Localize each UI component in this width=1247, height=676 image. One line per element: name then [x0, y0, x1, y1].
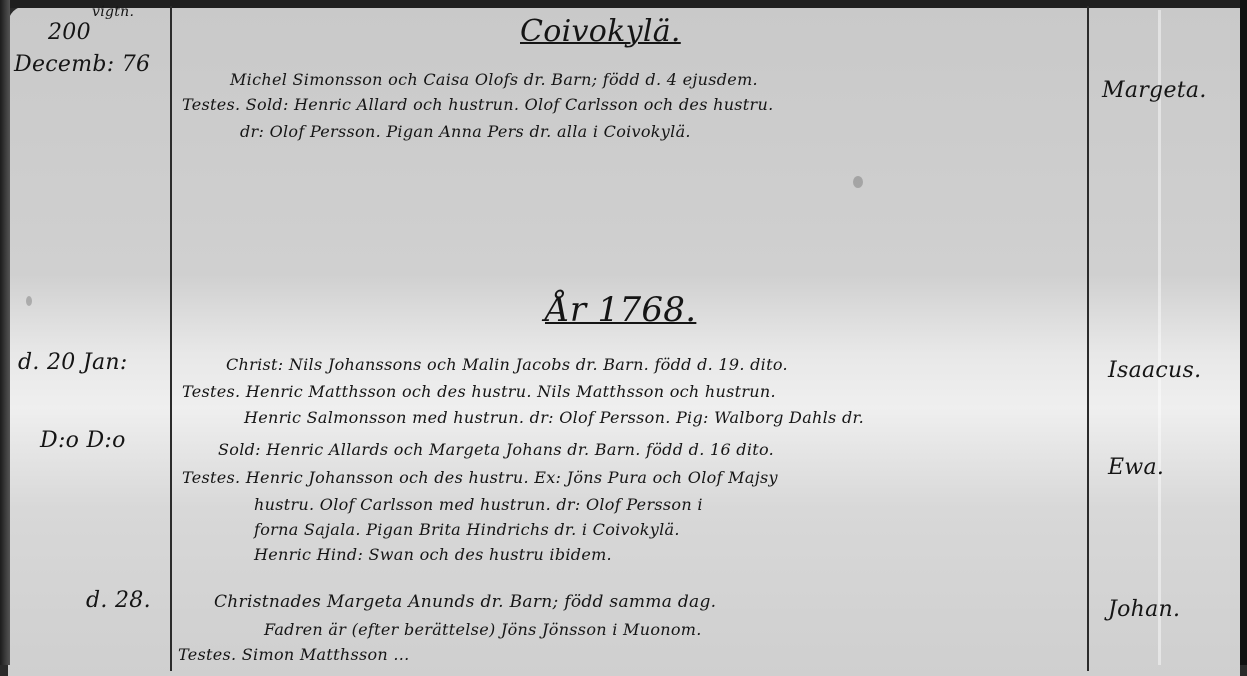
entry-line: Christ: Nils Johanssons och Malin Jacobs…	[226, 355, 788, 374]
entry-line: Testes. Simon Matthsson ...	[178, 645, 410, 664]
scan-top-border	[0, 0, 1247, 8]
entry-line: Testes. Sold: Henric Allard och hustrun.…	[182, 95, 773, 114]
entry-line: Michel Simonsson och Caisa Olofs dr. Bar…	[230, 70, 758, 89]
place-heading: Coivokylä.	[520, 14, 681, 49]
entry-date: D:o D:o	[40, 428, 126, 453]
scan-right-border	[1240, 0, 1247, 665]
child-name: Margeta.	[1102, 78, 1207, 103]
entry-line: Sold: Henric Allards och Margeta Johans …	[218, 440, 774, 459]
entry-date: d. 28.	[86, 588, 151, 613]
entry-line: Testes. Henric Johansson och des hustru.…	[182, 468, 778, 487]
year-heading: År 1768.	[545, 290, 696, 330]
entry-line: Testes. Henric Matthsson och des hustru.…	[182, 382, 776, 401]
child-name: Isaacus.	[1108, 358, 1201, 383]
name-column-rule	[1087, 6, 1089, 665]
date-column-rule	[170, 6, 172, 665]
entry-date: Decemb: 76	[14, 52, 150, 77]
page-fold-line	[1158, 10, 1161, 665]
ink-spot	[26, 296, 32, 306]
entry-line: hustru. Olof Carlsson med hustrun. dr: O…	[254, 495, 703, 514]
scan-left-border	[0, 0, 10, 665]
entry-line: Henric Salmonsson med hustrun. dr: Olof …	[244, 408, 864, 427]
entry-line: Fadren är (efter berättelse) Jöns Jönsso…	[264, 620, 702, 639]
child-name: Ewa.	[1108, 455, 1164, 480]
entry-number: 200	[48, 20, 91, 45]
entry-date: d. 20 Jan:	[18, 350, 128, 375]
child-name: Johan.	[1108, 597, 1180, 622]
entry-line: Christnades Margeta Anunds dr. Barn; föd…	[214, 592, 716, 612]
entry-line: forna Sajala. Pigan Brita Hindrichs dr. …	[254, 520, 680, 539]
entry-line: Henric Hind: Swan och des hustru ibidem.	[254, 545, 612, 564]
page-fragment-note: vigtn.	[92, 4, 134, 20]
entry-line: dr: Olof Persson. Pigan Anna Pers dr. al…	[240, 122, 691, 141]
ink-spot	[853, 176, 863, 188]
